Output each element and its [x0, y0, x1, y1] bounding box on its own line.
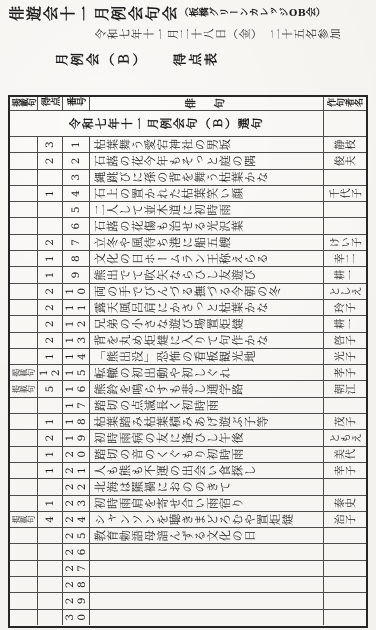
row-haiku-text: 石蕗の花傷も治せる光沢葉 — [89, 218, 323, 233]
row-published-mark — [10, 398, 37, 413]
row-published-mark — [10, 300, 37, 315]
row-number: 18 — [62, 414, 89, 429]
header-author-column: 作句者名 — [323, 97, 366, 110]
row-author-name: 静枝 — [323, 137, 366, 152]
table-row: 28 — [10, 576, 366, 592]
table-row: 213背を丸め炬燵に入りて句作かな啓子 — [10, 332, 366, 348]
row-haiku-text: 踏切の点滅長く初時雨 — [89, 398, 323, 413]
row-number: 24 — [62, 512, 89, 527]
row-haiku-text: 初時雨病の友に逢ひし午後 — [89, 430, 323, 445]
row-number: 7 — [62, 235, 89, 250]
subtitle-meeting: 月例会（Ｂ） — [55, 52, 148, 71]
row-haiku-text — [89, 561, 323, 576]
row-number: 29 — [62, 593, 89, 608]
row-published-mark — [10, 284, 37, 299]
row-author-name — [323, 577, 366, 592]
row-haiku-text: 枯葉踏み枯葉積みあげ遊ぶ子等 — [89, 414, 323, 429]
row-haiku-text: 人も熊も不運の出会い食探し — [89, 463, 323, 478]
table-row: 掲載句424シャンソンを聴きまどろむや置炬燵治子 — [10, 511, 366, 527]
row-number: 11 — [62, 300, 89, 315]
row-author-name — [323, 561, 366, 576]
row-score: 5 — [37, 381, 62, 396]
table-row: 22北海は羆禍におののきて — [10, 478, 366, 494]
row-published-mark: 掲載句 — [10, 512, 37, 527]
row-number: 14 — [62, 349, 89, 364]
table-row: 212兄弟の小さな遊び場置炬燵耕一 — [10, 315, 366, 331]
row-published-mark — [10, 316, 37, 331]
row-number: 10 — [62, 284, 89, 299]
table-row: 123初時雨肩を寄せ合い雨宿り泰史 — [10, 495, 366, 511]
row-author-name — [323, 528, 366, 543]
row-score: 1 — [37, 414, 62, 429]
row-haiku-text: 文化の日ホームラン王称えらる — [89, 251, 323, 266]
row-author-name: ともえ — [323, 430, 366, 445]
section-author-split — [323, 111, 366, 136]
row-score: 1 — [37, 186, 62, 201]
table-row: 211露天風呂肩にかさっと枯葉かな玲子 — [10, 299, 366, 315]
row-score: 1 — [37, 267, 62, 282]
row-haiku-text: 石蕗の花今年もそっと庭の隅 — [89, 153, 323, 168]
page-title-annotation: （板橋グリーンカレッジOB会） — [179, 8, 326, 19]
row-haiku-text: 兄弟の小さな遊び場置炬燵 — [89, 316, 323, 331]
table-row: 30 — [10, 609, 366, 625]
row-published-mark — [10, 170, 37, 185]
header-number-column: 番号 — [62, 97, 89, 110]
row-number: 17 — [62, 398, 89, 413]
row-author-name — [323, 544, 366, 559]
row-score: 2 — [37, 316, 62, 331]
table-row: 掲載句1215転轍の初出動や初しぐれ孝子 — [10, 364, 366, 380]
table-row: 31枯葉舞う愛宕神社の男坂静枝 — [10, 136, 366, 152]
row-author-name: 光子 — [323, 349, 366, 364]
row-haiku-text: 北海は羆禍におののきて — [89, 479, 323, 494]
table-row: 26 — [10, 543, 366, 559]
row-published-mark — [10, 528, 37, 543]
table-row: 210両の手でびんづる撫づる今朝の冬としえ — [10, 283, 366, 299]
score-table: 掲載句 得点 番号 俳 句 作句者名 令和七年十一月例会句（Ｂ）選句 31枯葉舞… — [8, 95, 368, 628]
table-row: 3縄跳びに孫の背を舞う枯葉かな — [10, 169, 366, 185]
row-number: 5 — [62, 202, 89, 217]
row-published-mark — [10, 137, 37, 152]
row-score — [37, 544, 62, 559]
row-score — [37, 528, 62, 543]
row-number: 30 — [62, 610, 89, 625]
row-published-mark — [10, 267, 37, 282]
row-score — [37, 170, 62, 185]
row-published-mark — [10, 414, 37, 429]
section-title: 令和七年十一月例会句（Ｂ）選句 — [10, 111, 323, 136]
table-row: 121人も熊も不運の出会い食探し幸子 — [10, 462, 366, 478]
row-score — [37, 610, 62, 625]
row-published-mark — [10, 577, 37, 592]
row-number: 20 — [62, 447, 89, 462]
row-score — [37, 398, 62, 413]
row-score: 2 — [37, 430, 62, 445]
row-score — [37, 577, 62, 592]
date-line: 令和七年十一月二十八日（金） 二十五名参加 — [95, 27, 342, 43]
row-author-name: 治子 — [323, 512, 366, 527]
table-row: 25教育勅語母諳んずる文化の日 — [10, 527, 366, 543]
row-haiku-text — [89, 577, 323, 592]
table-row: 17踏切の点滅長く初時雨 — [10, 397, 366, 413]
table-row: 118枯葉踏み枯葉積みあげ遊ぶ子等茂子 — [10, 413, 366, 429]
row-haiku-text: 二人して並木道に初時雨 — [89, 202, 323, 217]
row-author-name: 美代 — [323, 447, 366, 462]
row-number: 21 — [62, 463, 89, 478]
row-author-name — [323, 202, 366, 217]
row-score: 2 — [37, 284, 62, 299]
row-author-name: 啓子 — [323, 333, 366, 348]
row-author-name: としえ — [323, 284, 366, 299]
row-published-mark — [10, 544, 37, 559]
row-author-name: 泰史 — [323, 496, 366, 511]
row-number: 27 — [62, 561, 89, 576]
row-haiku-text: 教育勅語母諳んずる文化の日 — [89, 528, 323, 543]
row-score: 1 — [37, 496, 62, 511]
header-haiku-column: 俳 句 — [89, 97, 323, 110]
row-haiku-text: 背を丸め炬燵に入りて句作かな — [89, 333, 323, 348]
row-author-name — [323, 218, 366, 233]
table-row: 27立冬や風待ち港に船五艘けい子 — [10, 234, 366, 250]
row-haiku-text: 石上の置かれた枯葉笑い顔 — [89, 186, 323, 201]
row-published-mark: 掲載句 — [10, 365, 37, 380]
row-score: 1 — [37, 349, 62, 364]
row-number: 4 — [62, 186, 89, 201]
row-author-name: 茂子 — [323, 414, 366, 429]
row-number: 1 — [62, 137, 89, 152]
row-score: 2 — [37, 300, 62, 315]
row-author-name — [323, 593, 366, 608]
row-published-mark — [10, 333, 37, 348]
row-number: 28 — [62, 577, 89, 592]
row-haiku-text — [89, 544, 323, 559]
row-number: 9 — [62, 267, 89, 282]
row-number: 25 — [62, 528, 89, 543]
row-haiku-text: 踏切の音のくぐもり初時雨 — [89, 447, 323, 462]
row-score: 12 — [37, 365, 62, 380]
table-row: 29 — [10, 592, 366, 608]
row-score: 4 — [37, 512, 62, 527]
row-haiku-text: シャンソンを聴きまどろむや置炬燵 — [89, 512, 323, 527]
row-author-name — [323, 610, 366, 625]
row-score: 2 — [37, 333, 62, 348]
row-published-mark — [10, 463, 37, 478]
row-published-mark — [10, 349, 37, 364]
row-score — [37, 593, 62, 608]
table-row: 6石蕗の花傷も治せる光沢葉 — [10, 217, 366, 233]
row-haiku-text: 初時雨肩を寄せ合い雨宿り — [89, 496, 323, 511]
row-author-name: 玲子 — [323, 300, 366, 315]
row-author-name: けい子 — [323, 235, 366, 250]
table-row: 19熊出でて吹矢ならひし友遊び耕一 — [10, 266, 366, 282]
row-published-mark — [10, 593, 37, 608]
row-number: 15 — [62, 365, 89, 380]
row-published-mark — [10, 202, 37, 217]
row-author-name: 耕一 — [323, 267, 366, 282]
row-score: 1 — [37, 463, 62, 478]
row-haiku-text: 露天風呂肩にかさっと枯葉かな — [89, 300, 323, 315]
row-number: 6 — [62, 218, 89, 233]
table-header-row: 掲載句 得点 番号 俳 句 作句者名 — [10, 97, 366, 110]
subtitle-scoresheet: 得点表 — [173, 52, 220, 71]
table-row: 27 — [10, 560, 366, 576]
row-published-mark — [10, 218, 37, 233]
section-title-row: 令和七年十一月例会句（Ｂ）選句 — [10, 110, 366, 136]
row-score: 2 — [37, 153, 62, 168]
row-published-mark: 掲載句 — [10, 381, 37, 396]
row-haiku-text — [89, 593, 323, 608]
row-haiku-text: 「熊出没」恐怖の看板観光地 — [89, 349, 323, 364]
row-number: 19 — [62, 430, 89, 445]
row-number: 12 — [62, 316, 89, 331]
page-title: 俳遊会十一月例会句会（板橋グリーンカレッジOB会） — [9, 3, 326, 24]
row-published-mark — [10, 251, 37, 266]
row-number: 23 — [62, 496, 89, 511]
row-haiku-text — [89, 610, 323, 625]
row-haiku-text: 枯葉舞う愛宕神社の男坂 — [89, 137, 323, 152]
row-author-name: 千代子 — [323, 186, 366, 201]
row-author-name: 幸二 — [323, 251, 366, 266]
row-score: 1 — [37, 447, 62, 462]
row-number: 26 — [62, 544, 89, 559]
row-number: 3 — [62, 170, 89, 185]
row-author-name: 朝江 — [323, 381, 366, 396]
table-row: 22石蕗の花今年もそっと庭の隅俊夫 — [10, 152, 366, 168]
row-published-mark — [10, 496, 37, 511]
row-author-name: 耕一 — [323, 316, 366, 331]
row-haiku-text: 熊鈴を鳴らすも悲し通学路 — [89, 381, 323, 396]
row-haiku-text: 転轍の初出動や初しぐれ — [89, 365, 323, 380]
table-row: 18文化の日ホームラン王称えらる幸二 — [10, 250, 366, 266]
table-row: 掲載句516熊鈴を鳴らすも悲し通学路朝江 — [10, 380, 366, 396]
row-author-name: 俊夫 — [323, 153, 366, 168]
table-row: 120踏切の音のくぐもり初時雨美代 — [10, 446, 366, 462]
row-author-name — [323, 170, 366, 185]
row-haiku-text: 縄跳びに孫の背を舞う枯葉かな — [89, 170, 323, 185]
row-haiku-text: 立冬や風待ち港に船五艘 — [89, 235, 323, 250]
row-author-name — [323, 398, 366, 413]
table-row: 5二人して並木道に初時雨 — [10, 201, 366, 217]
row-score — [37, 479, 62, 494]
row-score: 2 — [37, 235, 62, 250]
row-published-mark — [10, 186, 37, 201]
row-published-mark — [10, 610, 37, 625]
table-row: 219初時雨病の友に逢ひし午後ともえ — [10, 429, 366, 445]
row-number: 22 — [62, 479, 89, 494]
row-number: 13 — [62, 333, 89, 348]
row-author-name: 孝子 — [323, 365, 366, 380]
document-scan: 俳遊会十一月例会句会（板橋グリーンカレッジOB会） 令和七年十一月二十八日（金）… — [0, 0, 376, 630]
header-score-column: 得点 — [37, 97, 62, 110]
row-published-mark — [10, 561, 37, 576]
row-published-mark — [10, 447, 37, 462]
row-score — [37, 202, 62, 217]
row-published-mark — [10, 153, 37, 168]
row-haiku-text: 熊出でて吹矢ならひし友遊び — [89, 267, 323, 282]
row-score — [37, 561, 62, 576]
row-haiku-text: 両の手でびんづる撫づる今朝の冬 — [89, 284, 323, 299]
row-published-mark — [10, 235, 37, 250]
row-score — [37, 218, 62, 233]
row-number: 16 — [62, 381, 89, 396]
row-score: 3 — [37, 137, 62, 152]
table-row: 114「熊出没」恐怖の看板観光地光子 — [10, 348, 366, 364]
row-score: 1 — [37, 251, 62, 266]
row-author-name — [323, 479, 366, 494]
header-published-column: 掲載句 — [10, 97, 37, 110]
row-published-mark — [10, 479, 37, 494]
table-row: 14石上の置かれた枯葉笑い顔千代子 — [10, 185, 366, 201]
row-author-name: 幸子 — [323, 463, 366, 478]
row-published-mark — [10, 430, 37, 445]
page: 俳遊会十一月例会句会（板橋グリーンカレッジOB会） 令和七年十一月二十八日（金）… — [0, 0, 376, 630]
row-number: 8 — [62, 251, 89, 266]
row-number: 2 — [62, 153, 89, 168]
page-title-main: 俳遊会十一月例会句会 — [9, 5, 179, 23]
